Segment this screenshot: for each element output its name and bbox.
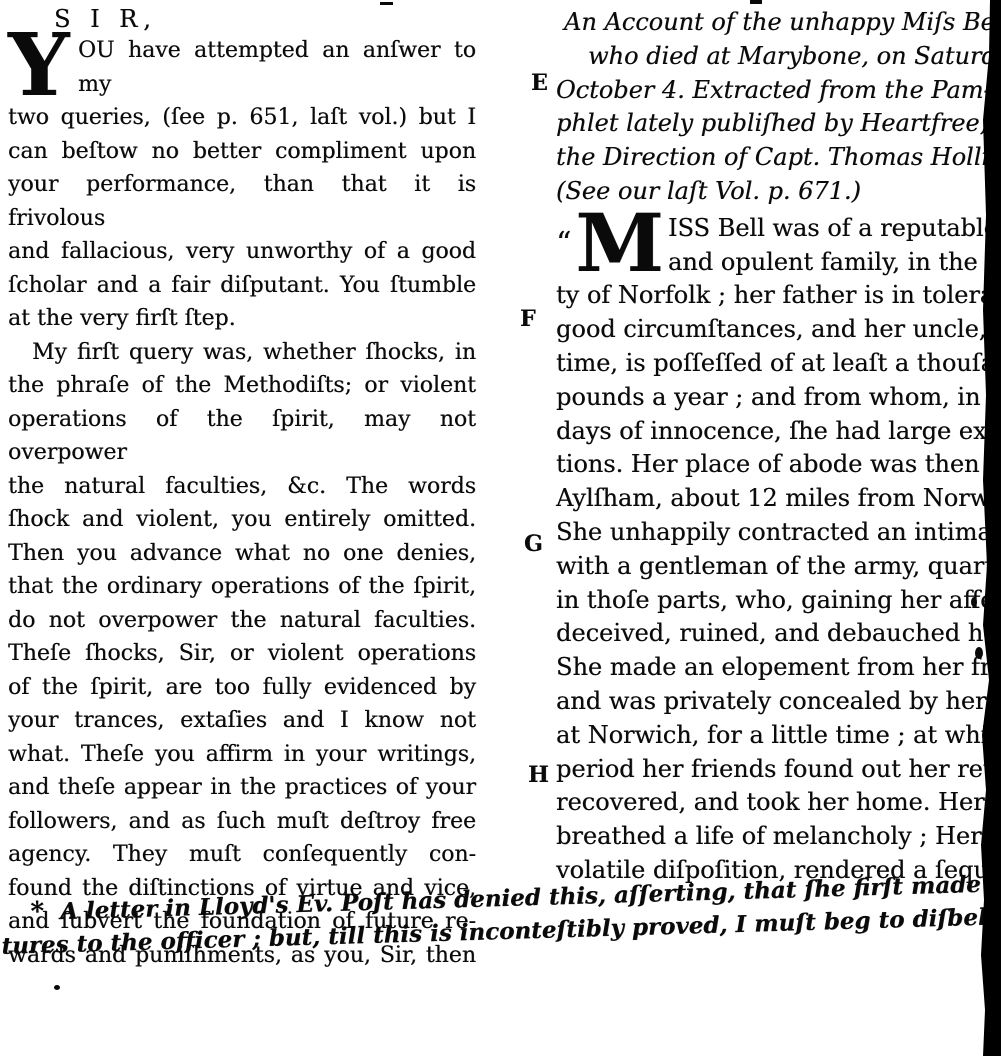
salutation: S I R, [54, 4, 476, 34]
ink-speck [975, 647, 983, 659]
text-line: My firſt query was, whether ſhocks, in [8, 336, 476, 370]
paragraph-2: My firſt query was, whether ſhocks, inth… [8, 336, 476, 973]
scanned-document-page: S I R, Y OU have attempted an anſwer to … [0, 0, 1001, 1056]
scan-mark [750, 0, 762, 4]
heading-line: An Account of the unhappy Miſs Bell, [556, 6, 988, 40]
text-line: good circumſtances, and her uncle, at th… [556, 313, 988, 347]
text-line: followers, and as ſuch muſt deſtroy free [8, 805, 476, 839]
text-line: and theſe appear in the practices of you… [8, 771, 476, 805]
text-line: and fallacious, very unworthy of a good [8, 235, 476, 269]
text-line: the phraſe of the Methodiſts; or violent [8, 369, 476, 403]
text-line: of the ſpirit, are too fully evidenced b… [8, 671, 476, 705]
heading-line: (See our laſt Vol. p. 671.) [556, 175, 988, 209]
text-line: operations of the ſpirit, may not overpo… [8, 403, 476, 470]
drop-cap-m: “M [556, 214, 668, 276]
text-line: the natural faculties, &c. The words [8, 470, 476, 504]
text-line: with a gentleman of the army, quartered [556, 550, 988, 584]
text-line: two queries, (ſee p. 651, laſt vol.) but… [8, 101, 476, 135]
text-line: do not overpower the natural faculties. [8, 604, 476, 638]
text-line: your trances, extaſies and I know not [8, 704, 476, 738]
text-line: what. Theſe you affirm in your writings, [8, 738, 476, 772]
drop-cap-letter: M [575, 196, 664, 290]
text-line: in thoſe parts, who, gaining her affecti… [556, 584, 988, 618]
article-heading: An Account of the unhappy Miſs Bell,who … [556, 6, 988, 209]
text-line: period her friends found out her retreat… [556, 753, 988, 787]
text-line: Then you advance what no one denies, [8, 537, 476, 571]
text-line: recovered, and took her home. Here ſhe [556, 786, 988, 820]
scan-mark [380, 2, 393, 5]
left-column: S I R, Y OU have attempted an anſwer to … [8, 4, 476, 972]
text-line: breathed a life of melancholy ; Her fine [556, 820, 988, 854]
text-line: can beſtow no better compliment upon [8, 135, 476, 169]
text-line: OU have attempted an anſwer to my [8, 34, 476, 101]
text-line: tions. Her place of abode was then at [556, 448, 988, 482]
text-line: Aylſham, about 12 miles from Norwich. [556, 482, 988, 516]
right-column: An Account of the unhappy Miſs Bell,who … [556, 6, 988, 888]
ink-speck [971, 597, 977, 607]
article-body: “M ISS Bell was of a reputableand opulen… [556, 212, 988, 888]
drop-cap-y: Y [8, 36, 72, 100]
gutter-letter-e: E [531, 70, 548, 96]
gutter-letter-h: H [528, 762, 549, 788]
heading-line: the Direction of Capt. Thomas Hollis. [556, 141, 988, 175]
open-quote: “ [556, 226, 571, 261]
heading-line: phlet lately publiſhed by Heartfree, und… [556, 107, 988, 141]
text-line: agency. They muſt conſequently con- [8, 838, 476, 872]
gutter-letter-g: G [524, 531, 543, 557]
text-line: your performance, than that it is frivol… [8, 168, 476, 235]
text-line: She unhappily contracted an intimacy [556, 516, 988, 550]
paragraph-1-lines: OU have attempted an anſwer to mytwo que… [8, 34, 476, 336]
text-line: ſcholar and a fair diſputant. You ſtumbl… [8, 269, 476, 303]
heading-line: who died at Marybone, on Saturday, [556, 40, 988, 74]
text-line: Theſe ſhocks, Sir, or violent operations [8, 637, 476, 671]
text-line: deceived, ruined, and debauched her poor [556, 617, 988, 651]
gutter-letter-f: F [520, 306, 536, 332]
heading-line: October 4. Extracted from the Pam- [556, 74, 988, 108]
article-body-lines: ISS Bell was of a reputableand opulent f… [556, 212, 988, 888]
text-line: She made an elopement from her friends, [556, 651, 988, 685]
text-line: that the ordinary operations of the ſpir… [8, 570, 476, 604]
text-line: pounds a year ; and from whom, in her [556, 381, 988, 415]
text-line: at Norwich, for a little time ; at which [556, 719, 988, 753]
text-line: and was privately concealed by her frien… [556, 685, 988, 719]
paragraph-1: Y OU have attempted an anſwer to mytwo q… [8, 34, 476, 336]
text-line: ſhock and violent, you entirely omitted. [8, 503, 476, 537]
text-line: days of innocence, ſhe had large expecta… [556, 415, 988, 449]
text-line: time, is poſſeſſed of at leaſt a thouſan… [556, 347, 988, 381]
text-line: at the very firſt ſtep. [8, 302, 476, 336]
asterisk-marker: * [30, 897, 44, 927]
ink-speck [54, 985, 60, 990]
text-line: ty of Norfolk ; her father is in tolerab… [556, 279, 988, 313]
